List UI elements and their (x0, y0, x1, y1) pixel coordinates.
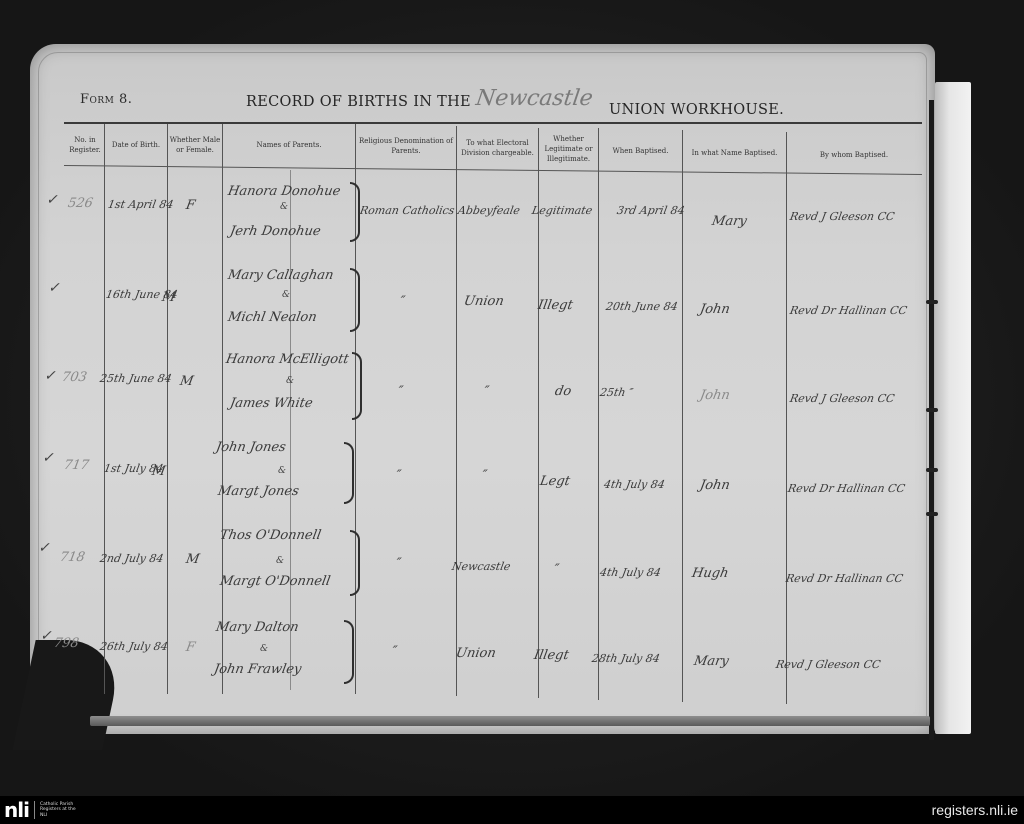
baptism-date: 4th July 84 (603, 478, 666, 491)
check-mark: ✓ (46, 192, 58, 208)
binding-stitch (926, 468, 938, 472)
parent-1: Thos O'Donnell (219, 528, 323, 543)
brace-icon (352, 352, 362, 420)
header-name-baptised: In what Name Baptised. (684, 132, 785, 174)
parent-1: Hanora Donohue (227, 184, 342, 199)
brace-icon (350, 268, 360, 332)
parent-1: Hanora McElligott (225, 352, 350, 367)
column-divider (104, 124, 105, 694)
baptismal-name: John (699, 302, 731, 317)
header-top-rule (64, 122, 922, 124)
logo-divider (34, 801, 35, 819)
parent-2: Jerh Donohue (229, 224, 322, 239)
viewer-footer: nli Catholic Parish Registers at the NLI… (0, 796, 1024, 824)
column-divider (222, 124, 223, 694)
sex: M (179, 374, 195, 389)
baptised-by: Revd Dr Hallinan CC (785, 572, 904, 585)
header-when-baptised: When Baptised. (600, 130, 681, 172)
title-prefix: RECORD OF BIRTHS IN THE (246, 94, 471, 110)
nli-logo-mark: nli (4, 800, 29, 820)
ampersand: & (282, 290, 290, 300)
baptism-date: 25th ″ (599, 386, 634, 399)
header-legitimacy: Whether Legitimate or Illegitimate. (540, 128, 597, 170)
nli-logo-text: Catholic Parish Registers at the NLI (40, 802, 80, 819)
ampersand: & (260, 644, 268, 654)
legitimacy: Legt (539, 474, 572, 489)
header-parents: Names of Parents. (224, 126, 354, 164)
parent-1: Mary Callaghan (227, 268, 335, 283)
sex: M (161, 290, 177, 305)
check-mark: ✓ (44, 368, 56, 384)
parent-1: John Jones (215, 440, 287, 455)
legitimacy: Illegt (533, 648, 570, 663)
legitimacy: Legitimate (531, 204, 594, 217)
date-of-birth: 1st April 84 (107, 198, 175, 211)
check-mark: ✓ (42, 450, 54, 466)
title-handwritten-union: Newcastle (474, 86, 594, 111)
electoral-division: Union (455, 646, 497, 661)
baptised-by: Revd J Gleeson CC (789, 392, 896, 405)
baptismal-name: Hugh (691, 566, 730, 581)
register-number: 717 (63, 458, 90, 473)
binding-stitch (926, 512, 938, 516)
header-register-no: No. in Register. (66, 126, 104, 164)
date-of-birth: 2nd July 84 (99, 552, 165, 565)
baptism-date: 20th June 84 (605, 300, 679, 313)
baptism-date: 3rd April 84 (616, 204, 686, 217)
parent-2: Michl Nealon (227, 310, 318, 325)
binding-stitch (926, 300, 938, 304)
electoral-division: Union (463, 294, 505, 309)
register-number: 526 (67, 196, 94, 211)
parent-2: Margt O'Donnell (219, 574, 332, 589)
title-suffix: UNION WORKHOUSE. (609, 102, 784, 118)
check-mark: ✓ (40, 628, 52, 644)
column-divider (786, 132, 787, 704)
ampersand: & (278, 466, 286, 476)
header-baptised-by: By whom Baptised. (788, 134, 920, 176)
legitimacy: Illegt (537, 298, 574, 313)
header-date-of-birth: Date of Birth. (106, 126, 166, 164)
register-number: 703 (61, 370, 88, 385)
baptismal-name: Mary (693, 654, 730, 669)
baptismal-name: John (699, 388, 731, 403)
legitimacy: do (554, 384, 573, 399)
binding-spine (929, 100, 934, 740)
date-of-birth: 25th June 84 (99, 372, 173, 385)
date-of-birth: 26th July 84 (99, 640, 169, 653)
baptised-by: Revd J Gleeson CC (775, 658, 882, 671)
parent-2: John Frawley (213, 662, 303, 677)
register-number: 798 (53, 636, 80, 651)
parent-1: Mary Dalton (215, 620, 300, 635)
page-bottom-edge (90, 716, 930, 726)
header-sex: Whether Male or Female. (169, 126, 221, 164)
ampersand: & (276, 556, 284, 566)
baptism-date: 4th July 84 (599, 566, 662, 579)
site-link[interactable]: registers.nli.ie (932, 802, 1018, 818)
column-guide (290, 170, 291, 690)
nli-logo[interactable]: nli Catholic Parish Registers at the NLI (4, 800, 80, 820)
form-number: Form 8. (80, 92, 132, 107)
brace-icon (344, 620, 354, 684)
parent-2: James White (229, 396, 314, 411)
religion: Roman Catholics (359, 204, 456, 217)
header-electoral-division: To what Electoral Division chargeable. (458, 128, 537, 168)
brace-icon (350, 530, 360, 596)
column-divider (598, 128, 599, 700)
brace-icon (350, 182, 360, 242)
ampersand: & (286, 376, 294, 386)
sex: M (185, 552, 201, 567)
baptismal-name: Mary (711, 214, 748, 229)
check-mark: ✓ (38, 540, 50, 556)
facing-page-edge (935, 82, 971, 734)
sex: M (151, 464, 167, 479)
brace-icon (344, 442, 354, 504)
electoral-division: Newcastle (451, 560, 512, 573)
baptismal-name: John (699, 478, 731, 493)
baptised-by: Revd J Gleeson CC (789, 210, 896, 223)
register-number: 718 (59, 550, 86, 565)
baptism-date: 28th July 84 (591, 652, 661, 665)
check-mark: ✓ (48, 280, 60, 296)
electoral-division: Abbeyfeale (457, 204, 521, 217)
parent-2: Margt Jones (217, 484, 300, 499)
ampersand: & (280, 202, 288, 212)
baptised-by: Revd Dr Hallinan CC (789, 304, 908, 317)
baptised-by: Revd Dr Hallinan CC (787, 482, 906, 495)
header-religion: Religious Denomination of Parents. (357, 126, 455, 166)
binding-stitch (926, 408, 938, 412)
